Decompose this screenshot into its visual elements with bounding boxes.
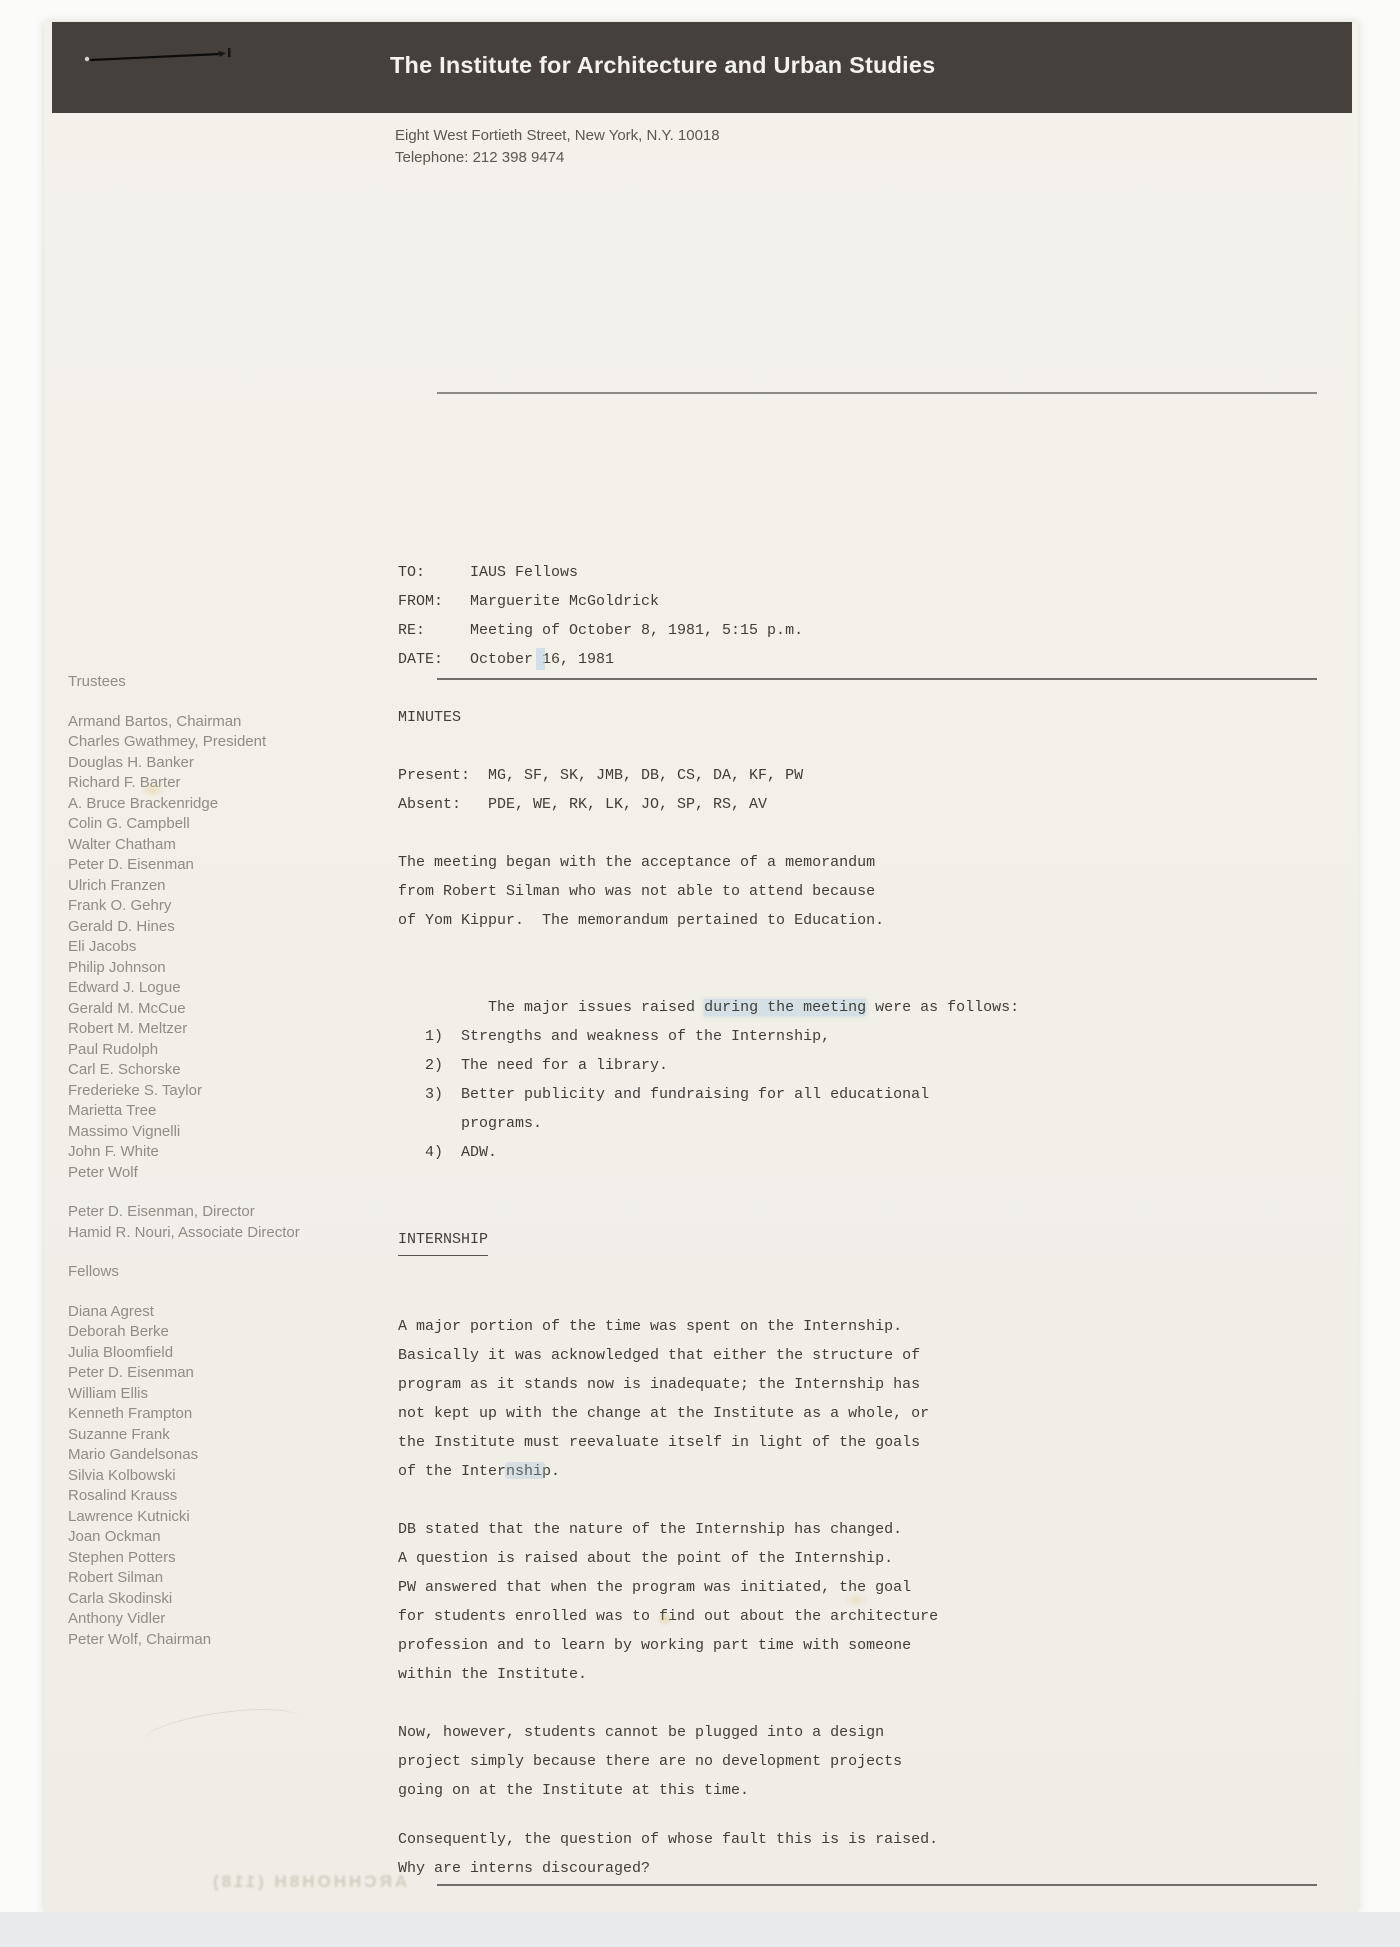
trustee-name: Walter Chatham (68, 835, 368, 856)
fellow-name: Peter D. Eisenman (68, 1363, 368, 1384)
trustee-name: Gerald D. Hines (68, 917, 368, 938)
attendance-line: Absent: PDE, WE, RK, LK, JO, SP, RS, AV (398, 790, 1138, 819)
attendance-block: Present: MG, SF, SK, JMB, DB, CS, DA, KF… (398, 761, 1138, 819)
body-line: within the Institute. (398, 1660, 1138, 1689)
memo-body: TO: IAUS FellowsFROM: Marguerite McGoldr… (398, 558, 1138, 1883)
attendance-line: Present: MG, SF, SK, JMB, DB, CS, DA, KF… (398, 761, 1138, 790)
trustee-name: Armand Bartos, Chairman (68, 712, 368, 733)
issues-intro-pre: The major issues raised (488, 999, 704, 1016)
major-portion-paragraph: A major portion of the time was spent on… (398, 1312, 1138, 1486)
fellows-list: Diana AgrestDeborah BerkeJulia Bloomfiel… (68, 1302, 368, 1651)
body-line: not kept up with the change at the Insti… (398, 1399, 1138, 1428)
opening-paragraph: The meeting began with the acceptance of… (398, 848, 1138, 935)
scratch-mark-artifact (82, 48, 232, 66)
trustee-name: Douglas H. Banker (68, 753, 368, 774)
body-line: Now, however, students cannot be plugged… (398, 1718, 1138, 1747)
fellow-name: Robert Silman (68, 1568, 368, 1589)
body-line: The meeting began with the acceptance of… (398, 848, 1138, 877)
body-line: PW answered that when the program was in… (398, 1573, 1138, 1602)
body-line: going on at the Institute at this time. (398, 1776, 1138, 1805)
fellow-name: William Ellis (68, 1384, 368, 1405)
trustee-name: Peter D. Eisenman (68, 855, 368, 876)
trustee-name: Eli Jacobs (68, 937, 368, 958)
fellow-name: Stephen Potters (68, 1548, 368, 1569)
issue-item-line: 3) Better publicity and fundraising for … (398, 1080, 1138, 1109)
memo-fields: TO: IAUS FellowsFROM: Marguerite McGoldr… (398, 558, 1138, 674)
body-line: project simply because there are no deve… (398, 1747, 1138, 1776)
blue-mark-artifact (536, 648, 545, 670)
trustee-name: Colin G. Campbell (68, 814, 368, 835)
fellow-name: Julia Bloomfield (68, 1343, 368, 1364)
highlighted-text: during the meeting (704, 999, 866, 1016)
trustee-name: Frank O. Gehry (68, 896, 368, 917)
director-name: Hamid R. Nouri, Associate Director (68, 1223, 368, 1244)
now-paragraph: Now, however, students cannot be plugged… (398, 1718, 1138, 1805)
trustee-name: Marietta Tree (68, 1101, 368, 1122)
trustees-list: Armand Bartos, ChairmanCharles Gwathmey,… (68, 712, 368, 1184)
trustee-name: Robert M. Meltzer (68, 1019, 368, 1040)
trustee-name: Richard F. Barter (68, 773, 368, 794)
issues-list: 1) Strengths and weakness of the Interns… (398, 1022, 1138, 1167)
trustee-name: Charles Gwathmey, President (68, 732, 368, 753)
crease-artifact (141, 1701, 308, 1784)
bleed-through-text: ARCHHOH8H (118) (210, 1872, 407, 1892)
issue-item-line: 4) ADW. (398, 1138, 1138, 1167)
body-line: Basically it was acknowledged that eithe… (398, 1341, 1138, 1370)
paper-sheet: The Institute for Architecture and Urban… (44, 22, 1358, 1912)
issues-intro-post: were as follows: (866, 999, 1019, 1016)
trustee-name: Peter Wolf (68, 1163, 368, 1184)
fellow-name: Mario Gandelsonas (68, 1445, 368, 1466)
db-paragraph: DB stated that the nature of the Interns… (398, 1515, 1138, 1689)
memo-field-line: FROM: Marguerite McGoldrick (398, 587, 1138, 616)
institute-title: The Institute for Architecture and Urban… (390, 52, 935, 79)
trustee-name: Gerald M. McCue (68, 999, 368, 1020)
address-street: Eight West Fortieth Street, New York, N.… (395, 125, 720, 147)
memo-field-line: RE: Meeting of October 8, 1981, 5:15 p.m… (398, 616, 1138, 645)
trustee-name: John F. White (68, 1142, 368, 1163)
issues-intro-line: The major issues raised during the meeti… (398, 964, 1138, 993)
trustee-name: Carl E. Schorske (68, 1060, 368, 1081)
fellow-name: Suzanne Frank (68, 1425, 368, 1446)
fellow-name: Carla Skodinski (68, 1589, 368, 1610)
body-line: A question is raised about the point of … (398, 1544, 1138, 1573)
consequently-paragraph: Consequently, the question of whose faul… (398, 1825, 1138, 1883)
scan-background-strip (0, 1912, 1400, 1947)
director-name: Peter D. Eisenman, Director (68, 1202, 368, 1223)
directors-list: Peter D. Eisenman, DirectorHamid R. Nour… (68, 1202, 368, 1243)
issue-item-line: 2) The need for a library. (398, 1051, 1138, 1080)
letterhead-bar: The Institute for Architecture and Urban… (52, 22, 1352, 113)
letterhead-sidebar: Trustees Armand Bartos, ChairmanCharles … (68, 672, 368, 1650)
trustees-heading: Trustees (68, 672, 368, 693)
fellow-name: Joan Ockman (68, 1527, 368, 1548)
top-rule (437, 392, 1317, 394)
scanned-memo-page: The Institute for Architecture and Urban… (0, 0, 1400, 1947)
body-line: the Institute must reevaluate itself in … (398, 1428, 1138, 1457)
minutes-heading: MINUTES (398, 703, 1138, 732)
trustee-name: Massimo Vignelli (68, 1122, 368, 1143)
issue-item-line: programs. (398, 1109, 1138, 1138)
internship-heading: INTERNSHIP (398, 1225, 1138, 1254)
address-telephone: Telephone: 212 398 9474 (395, 147, 720, 169)
body-line: Consequently, the question of whose faul… (398, 1825, 1138, 1854)
body-line: Why are interns discouraged? (398, 1854, 1138, 1883)
letterhead-address: Eight West Fortieth Street, New York, N.… (395, 125, 720, 169)
fellow-name: Lawrence Kutnicki (68, 1507, 368, 1528)
fellow-name: Silvia Kolbowski (68, 1466, 368, 1487)
body-line: DB stated that the nature of the Interns… (398, 1515, 1138, 1544)
bottom-rule (437, 1884, 1317, 1886)
body-line: of Yom Kippur. The memorandum pertained … (398, 906, 1138, 935)
trustee-name: Philip Johnson (68, 958, 368, 979)
issue-item-line: 1) Strengths and weakness of the Interns… (398, 1022, 1138, 1051)
trustee-name: Frederieke S. Taylor (68, 1081, 368, 1102)
body-line: from Robert Silman who was not able to a… (398, 877, 1138, 906)
fellow-name: Kenneth Frampton (68, 1404, 368, 1425)
fellow-name: Peter Wolf, Chairman (68, 1630, 368, 1651)
body-line: program as it stands now is inadequate; … (398, 1370, 1138, 1399)
trustee-name: Paul Rudolph (68, 1040, 368, 1061)
fellows-heading: Fellows (68, 1262, 368, 1283)
trustee-name: Edward J. Logue (68, 978, 368, 999)
fellow-name: Rosalind Krauss (68, 1486, 368, 1507)
body-line: for students enrolled was to find out ab… (398, 1602, 1138, 1631)
body-line: profession and to learn by working part … (398, 1631, 1138, 1660)
fellow-name: Anthony Vidler (68, 1609, 368, 1630)
memo-field-line: DATE: October 16, 1981 (398, 645, 1138, 674)
body-line: A major portion of the time was spent on… (398, 1312, 1138, 1341)
trustee-name: A. Bruce Brackenridge (68, 794, 368, 815)
fellow-name: Deborah Berke (68, 1322, 368, 1343)
trustee-name: Ulrich Franzen (68, 876, 368, 897)
memo-field-line: TO: IAUS Fellows (398, 558, 1138, 587)
blue-smudge-artifact (505, 1462, 545, 1479)
fellow-name: Diana Agrest (68, 1302, 368, 1323)
